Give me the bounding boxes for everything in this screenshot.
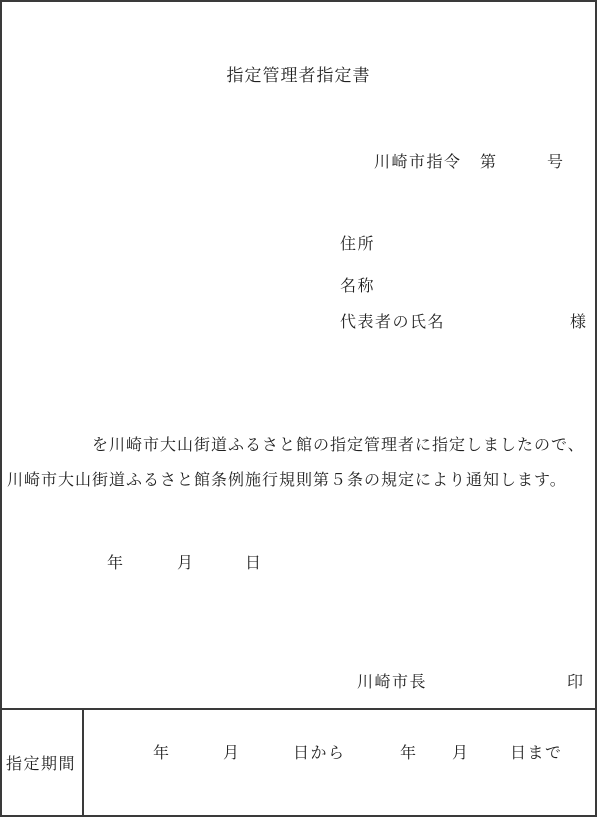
body-line-2: 川崎市大山街道ふるさと館条例施行規則第５条の規定により通知します。 (7, 472, 567, 490)
signer-name: 川崎市長 (357, 674, 427, 692)
period-value-cell: 年 月 日から 年 月 日まで (84, 710, 595, 815)
period-row-label: 指定期間 (6, 751, 76, 774)
period-to-month-label: 月 (452, 745, 470, 763)
representative-label: 代表者の氏名 (340, 314, 445, 332)
designation-form-page: 指定管理者指定書 川崎市指令 第 号 住所 名称 代表者の氏名 様 を川崎市大山… (0, 0, 597, 817)
seal-mark: 印 (567, 674, 585, 692)
period-from-year-label: 年 (153, 745, 171, 763)
body-line-1: を川崎市大山街道ふるさと館の指定管理者に指定しましたので、 (92, 437, 585, 455)
issue-date-year-label: 年 (107, 555, 125, 573)
address-label: 住所 (340, 236, 375, 254)
period-from-day-label: 日から (293, 745, 346, 763)
directive-issuer: 川崎市指令 (374, 154, 462, 172)
name-label: 名称 (340, 278, 375, 296)
period-to-year-label: 年 (400, 745, 418, 763)
directive-number-prefix: 第 (480, 154, 498, 172)
issue-date-month-label: 月 (177, 555, 195, 573)
period-label-cell: 指定期間 (2, 710, 84, 815)
period-to-day-label: 日まで (510, 745, 563, 763)
document-title: 指定管理者指定書 (2, 67, 595, 85)
issue-date-day-label: 日 (245, 555, 263, 573)
designation-period-table: 指定期間 年 月 日から 年 月 日まで (2, 708, 595, 815)
period-from-month-label: 月 (223, 745, 241, 763)
honorific-sama: 様 (570, 314, 588, 332)
directive-number-suffix: 号 (547, 154, 565, 172)
